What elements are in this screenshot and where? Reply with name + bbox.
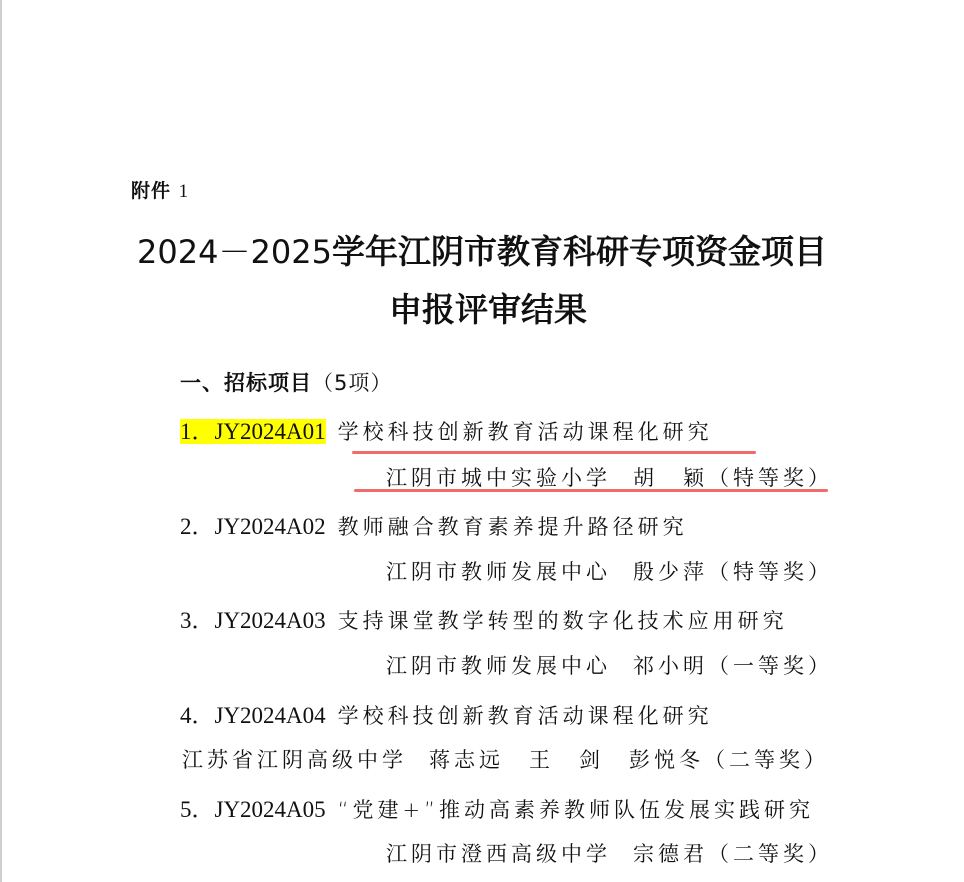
- document-title-line2: 申报评审结果: [6, 284, 964, 331]
- project-row-1-unit: 江阴市城中实验小学胡 颖（特等奖）: [386, 462, 833, 492]
- project-row-3-unit: 江阴市教师发展中心祁小明（一等奖）: [386, 650, 833, 680]
- project-code: JY2024A01: [215, 419, 326, 444]
- project-code: JY2024A05: [215, 797, 326, 822]
- project-row-5-unit: 江阴市澄西高级中学宗德君（二等奖）: [386, 838, 833, 868]
- project-title: 支持课堂教学转型的数字化技术应用研究: [338, 609, 788, 633]
- project-row-2-unit: 江阴市教师发展中心殷少萍（特等奖）: [386, 556, 833, 586]
- project-award: （一等奖）: [708, 654, 833, 678]
- title-text: 学年江阴市教育科研专项资金项目: [332, 232, 827, 271]
- project-row-3-title: 3．JY2024A03支持课堂教学转型的数字化技术应用研究: [180, 602, 788, 635]
- project-index: 5．: [180, 797, 215, 822]
- project-people: 胡 颖: [633, 466, 708, 490]
- attachment-number: 1: [179, 181, 190, 202]
- project-unit: 江阴市澄西高级中学: [386, 842, 611, 866]
- project-title: 学校科技创新教育活动课程化研究: [338, 420, 713, 444]
- project-unit: 江阴市城中实验小学: [386, 466, 611, 490]
- project-title: 学校科技创新教育活动课程化研究: [338, 704, 713, 728]
- section-heading: 一、招标项目（5项）: [180, 367, 392, 397]
- project-row-2-title: 2．JY2024A02教师融合教育素养提升路径研究: [180, 508, 688, 541]
- page-left-edge: [0, 0, 2, 882]
- title-year-range: 2024－2025: [137, 233, 332, 271]
- red-underline-unit: [354, 489, 828, 492]
- project-row-4-unit: 江苏省江阴高级中学蒋志远 王 剑 彭悦冬（二等奖）: [182, 744, 829, 774]
- project-people: 殷少萍: [633, 560, 708, 584]
- project-title: “党建+”推动高素养教师队伍发展实践研究: [338, 798, 814, 822]
- project-unit: 江苏省江阴高级中学: [182, 748, 407, 772]
- project-award: （二等奖）: [708, 842, 833, 866]
- document-title-line1: 2024－2025学年江阴市教育科研专项资金项目: [0, 226, 964, 273]
- project-index: 4．: [180, 703, 215, 728]
- project-code: JY2024A02: [215, 514, 326, 539]
- project-row-4-title: 4．JY2024A04学校科技创新教育活动课程化研究: [180, 697, 713, 730]
- project-index: 2．: [180, 514, 215, 539]
- project-unit: 江阴市教师发展中心: [386, 560, 611, 584]
- project-people: 祁小明: [633, 654, 708, 678]
- project-index: 1．: [180, 419, 215, 444]
- project-unit: 江阴市教师发展中心: [386, 654, 611, 678]
- project-code: JY2024A03: [215, 608, 326, 633]
- project-people: 宗德君: [633, 842, 708, 866]
- project-code-highlight: 1．JY2024A01: [180, 419, 326, 444]
- section-heading-text: 一、招标项目: [180, 371, 312, 395]
- attachment-label: 附件 1: [131, 176, 189, 203]
- project-people: 蒋志远 王 剑 彭悦冬: [429, 748, 704, 772]
- project-row-1-title: 1．JY2024A01学校科技创新教育活动课程化研究: [180, 413, 713, 446]
- attachment-prefix: 附件: [131, 180, 171, 202]
- section-count: （5项）: [312, 371, 392, 395]
- project-title: 教师融合教育素养提升路径研究: [338, 515, 688, 539]
- project-award: （特等奖）: [708, 466, 833, 490]
- project-award: （特等奖）: [708, 560, 833, 584]
- project-row-5-title: 5．JY2024A05“党建+”推动高素养教师队伍发展实践研究: [180, 791, 814, 824]
- project-code: JY2024A04: [215, 703, 326, 728]
- project-index: 3．: [180, 608, 215, 633]
- project-award: （二等奖）: [704, 748, 829, 772]
- red-underline-title: [352, 451, 756, 454]
